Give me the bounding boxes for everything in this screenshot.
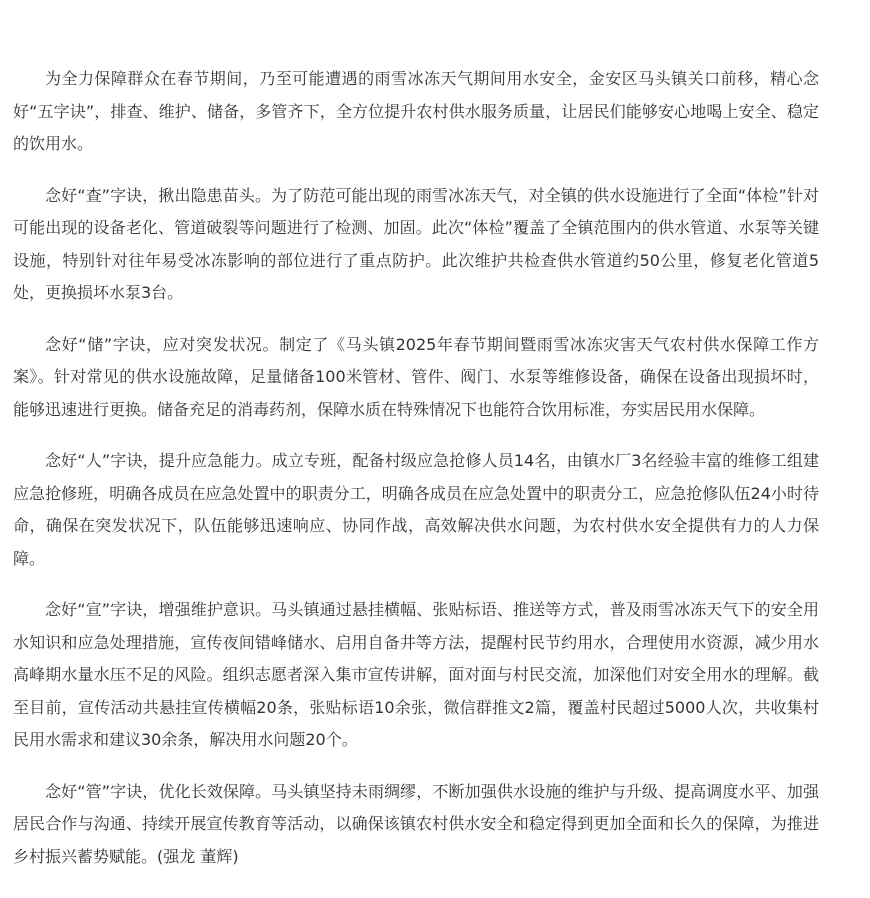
paragraph-intro: 为全力保障群众在春节期间，乃至可能遭遇的雨雪冰冻天气期间用水安全，金安区马头镇关… [13, 63, 819, 161]
article-body: 为全力保障群众在春节期间，乃至可能遭遇的雨雪冰冻天气期间用水安全，金安区马头镇关… [13, 63, 819, 892]
paragraph-management: 念好“管”字诀，优化长效保障。马头镇坚持未雨绸缪，不断加强供水设施的维护与升级、… [13, 776, 819, 874]
paragraph-publicity: 念好“宣”字诀，增强维护意识。马头镇通过悬挂横幅、张贴标语、推送等方式，普及雨雪… [13, 594, 819, 757]
paragraph-reserve: 念好“储”字诀，应对突发状况。制定了《马头镇2025年春节期间暨雨雪冰冻灾害天气… [13, 329, 819, 427]
paragraph-inspect: 念好“查”字诀，揪出隐患苗头。为了防范可能出现的雨雪冰冻天气，对全镇的供水设施进… [13, 180, 819, 310]
paragraph-personnel: 念好“人”字诀，提升应急能力。成立专班，配备村级应急抢修人员14名，由镇水厂3名… [13, 445, 819, 575]
